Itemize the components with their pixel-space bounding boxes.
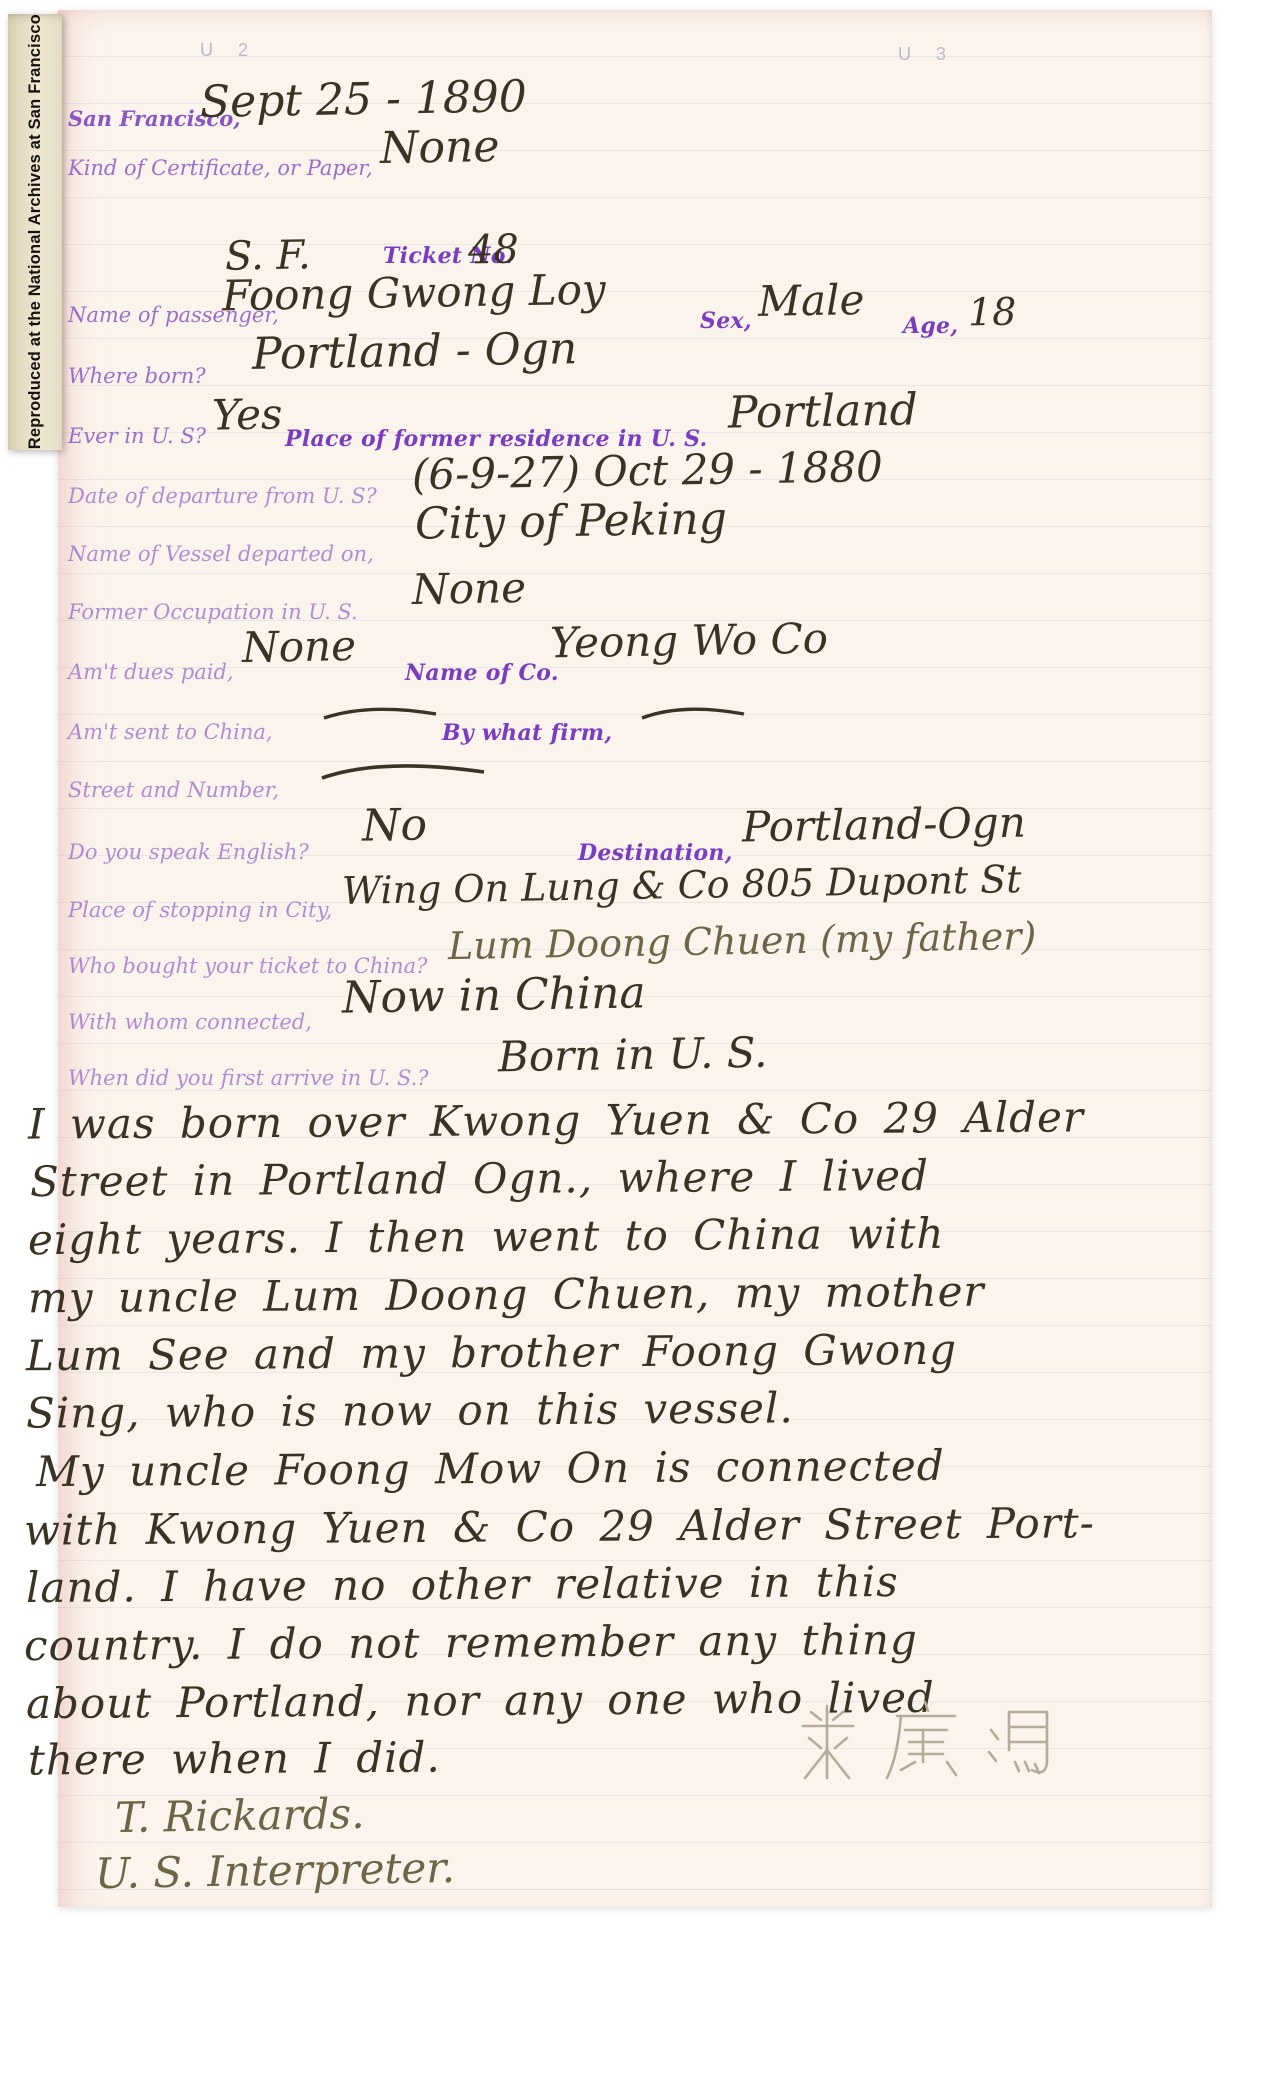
field-label-where-born: Where born? — [68, 366, 206, 387]
field-value-connected-with: Now in China — [342, 971, 646, 1020]
field-label-first-arrival: When did you first arrive in U. S.? — [68, 1068, 429, 1089]
field-value-former-occupation: None — [412, 567, 527, 611]
field-label-dues-paid: Am't dues paid, — [68, 662, 234, 683]
field-label-stopping-place: Place of stopping in City, — [68, 900, 332, 921]
scanned-document-page: Reproduced at the National Archives at S… — [0, 0, 1275, 2100]
field-label-destination: Destination, — [578, 842, 733, 864]
field-value-name-of-co: Yeong Wo Co — [550, 618, 829, 665]
field-value-where-born: Portland - Ogn — [252, 327, 578, 377]
statement-line: Sing, who is now on this vessel. — [26, 1387, 794, 1434]
field-value-date: Sept 25 - 1890 — [200, 75, 528, 125]
field-value-sex: Male — [758, 279, 865, 323]
field-value-ticket-no: 48 — [468, 230, 520, 271]
field-value-age: 18 — [968, 293, 1017, 332]
stray-mark-right: U 3 — [898, 44, 956, 65]
statement-line: eight years. I then went to China with — [28, 1213, 945, 1261]
field-label-by-what-firm: By what firm, — [442, 722, 612, 744]
blank-dash-amt-sent — [320, 700, 440, 726]
chinese-signature — [795, 1698, 1065, 1793]
field-label-amt-sent: Am't sent to China, — [68, 722, 273, 743]
field-value-certificate: None — [380, 125, 500, 171]
field-value-stopping-place: Wing On Lung & Co 805 Dupont St — [342, 860, 1022, 910]
field-value-ever-in-us: Yes — [212, 393, 283, 436]
statement-line: with Kwong Yuen & Co 29 Alder Street Por… — [24, 1502, 1095, 1551]
statement-line: My uncle Foong Mow On is connected — [36, 1445, 945, 1493]
blank-dash-street-number — [318, 756, 488, 786]
field-value-passenger-name: Foong Gwong Loy — [222, 269, 606, 318]
field-value-speak-english: No — [362, 803, 428, 848]
statement-line: country. I do not remember any thing — [24, 1619, 918, 1667]
interpreter-title: U. S. Interpreter. — [95, 1847, 456, 1895]
blank-dash-by-what-firm — [638, 700, 748, 726]
field-label-departure-date: Date of departure from U. S? — [68, 486, 377, 507]
field-label-speak-english: Do you speak English? — [68, 842, 309, 863]
field-value-first-arrival: Born in U. S. — [498, 1032, 768, 1079]
field-label-certificate: Kind of Certificate, or Paper, — [68, 158, 373, 179]
field-label-former-occupation: Former Occupation in U. S. — [68, 602, 358, 623]
archive-label-text: Reproduced at the National Archives at S… — [26, 14, 45, 449]
field-label-age: Age, — [903, 315, 958, 337]
statement-line: Street in Portland Ogn., where I lived — [30, 1155, 929, 1203]
archive-label-strip: Reproduced at the National Archives at S… — [8, 14, 62, 450]
field-label-sex: Sex, — [700, 310, 752, 332]
field-value-ticket-buyer: Lum Doong Chuen (my father) — [448, 917, 1037, 965]
statement-line: my uncle Lum Doong Chuen, my mother — [28, 1271, 985, 1320]
field-label-street-number: Street and Number, — [68, 780, 279, 801]
statement-line: land. I have no other relative in this — [26, 1561, 899, 1609]
field-label-ever-in-us: Ever in U. S? — [68, 426, 206, 447]
field-value-vessel: City of Peking — [415, 497, 728, 546]
field-label-vessel: Name of Vessel departed on, — [68, 544, 374, 565]
field-value-dues-paid: None — [242, 625, 357, 669]
field-value-destination: Portland-Ogn — [742, 802, 1026, 849]
statement-line: there when I did. — [28, 1737, 441, 1782]
field-label-name-of-co: Name of Co. — [405, 662, 559, 684]
field-value-departure-date: (6-9-27) Oct 29 - 1880 — [412, 446, 883, 496]
statement-line: Lum See and my brother Foong Gwong — [26, 1329, 957, 1377]
stray-mark-left: U 2 — [200, 40, 258, 61]
statement-line: I was born over Kwong Yuen & Co 29 Alder — [28, 1096, 1084, 1145]
interpreter-signature: T. Rickards. — [115, 1793, 365, 1839]
field-label-connected-with: With whom connected, — [68, 1012, 312, 1033]
field-value-former-residence: Portland — [728, 388, 919, 435]
